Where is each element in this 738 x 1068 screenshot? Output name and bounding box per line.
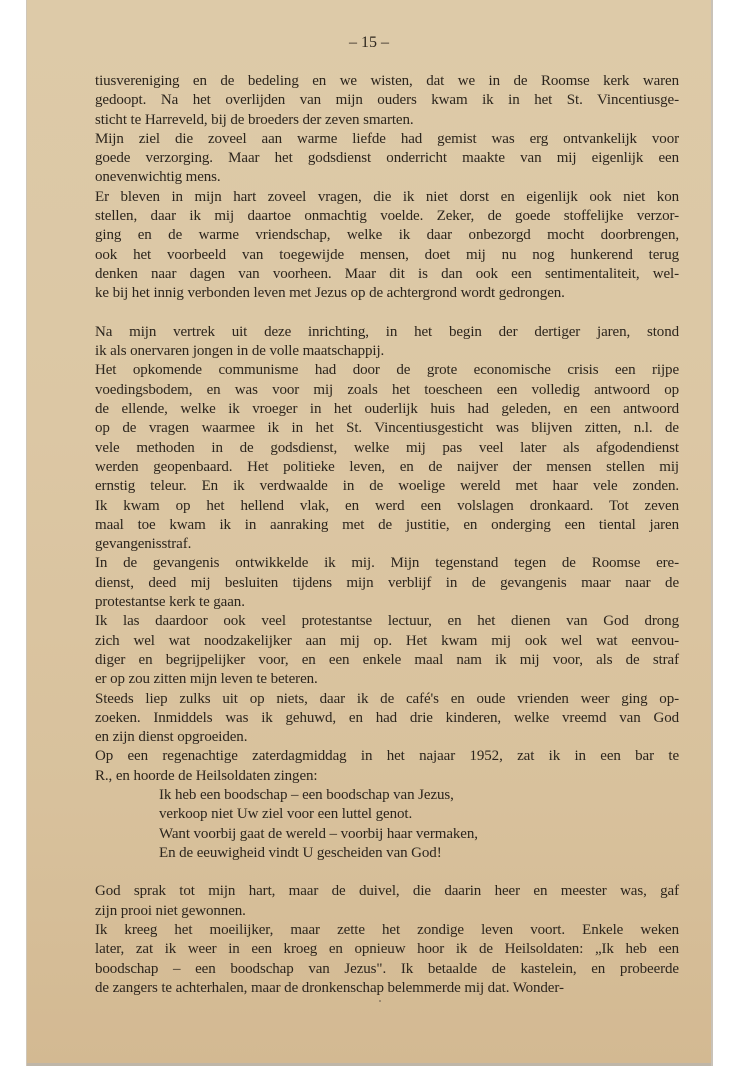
book-page: – 15 – tiusvereniging en de bedeling en … [26,0,713,1066]
paragraphs-before-verse: tiusvereniging en de bedeling en we wist… [95,72,679,786]
paragraph: Mijn ziel die zoveel aan warme liefde ha… [95,130,679,188]
text-line: voedingsbodem, en was voor mij zoals het… [95,381,679,400]
verse-line: Want voorbij gaat de wereld – voorbij ha… [95,825,679,844]
text-line: vele methoden in de godsdienst, welke mi… [95,439,679,458]
text-line: ik als onervaren jongen in de volle maat… [95,342,679,361]
text-line: Na mijn vertrek uit deze inrichting, in … [95,323,679,342]
text-line: ook het voorbeeld van toegewijde mensen,… [95,246,679,265]
paper-speck [379,1000,381,1002]
paragraph: Steeds liep zulks uit op niets, daar ik … [95,690,679,748]
text-line: God sprak tot mijn hart, maar de duivel,… [95,882,679,901]
text-line: In de gevangenis ontwikkelde ik mij. Mij… [95,554,679,573]
text-line: de zangers te achterhalen, maar de dronk… [95,979,679,998]
verse-line: verkoop niet Uw ziel voor een luttel gen… [95,805,679,824]
text-line: zoeken. Inmiddels was ik gehuwd, en had … [95,709,679,728]
text-line: op de vragen waarmee ik in het St. Vince… [95,419,679,438]
text-line: gevangenisstraf. [95,535,679,554]
paragraph: In de gevangenis ontwikkelde ik mij. Mij… [95,554,679,612]
text-line: en zijn dienst opgroeiden. [95,728,679,747]
text-line: diger en begrijpelijker voor, en een enk… [95,651,679,670]
paragraph: Het opkomende communisme had door de gro… [95,361,679,554]
text-line: denken naar dagen van voorheen. Maar dit… [95,265,679,284]
paragraph-gap [95,304,679,323]
text-line: goede verzorging. Maar het godsdienst on… [95,149,679,168]
text-line: boodschap – een boodschap van Jezus". Ik… [95,960,679,979]
text-line: gedoopt. Na het overlijden van mijn oude… [95,91,679,110]
text-line: de ellende, welke ik vroeger in het oude… [95,400,679,419]
paragraph: Er bleven in mijn hart zoveel vragen, di… [95,188,679,304]
paragraph: God sprak tot mijn hart, maar de duivel,… [95,882,679,921]
text-line: ernstig teleur. En ik verdwaalde in de w… [95,477,679,496]
stanza-gap [95,863,679,882]
text-line: ging en de warme vriendschap, welke ik d… [95,226,679,245]
page-number: – 15 – [27,34,711,52]
text-line: protestantse kerk te gaan. [95,593,679,612]
paragraph: Na mijn vertrek uit deze inrichting, in … [95,323,679,362]
text-line: onevenwichtig mens. [95,168,679,187]
text-line: sticht te Harreveld, bij de broeders der… [95,111,679,130]
text-line: er op zou zitten mijn leven te beteren. [95,670,679,689]
paragraph: Ik las daardoor ook veel protestantse le… [95,612,679,689]
text-line: later, zat ik weer in een kroeg en opnie… [95,940,679,959]
text-line: tiusvereniging en de bedeling en we wist… [95,72,679,91]
paragraph: Ik kreeg het moeilijker, maar zette het … [95,921,679,998]
text-line: maal toe kwam ik in aanraking met de jus… [95,516,679,535]
text-line: Er bleven in mijn hart zoveel vragen, di… [95,188,679,207]
paragraph: tiusvereniging en de bedeling en we wist… [95,72,679,130]
hymn-verse: Ik heb een boodschap – een boodschap van… [95,786,679,863]
text-line: werden geopenbaard. Het politieke leven,… [95,458,679,477]
paragraphs-after-verse: God sprak tot mijn hart, maar de duivel,… [95,882,679,998]
paragraph: Op een regenachtige zaterdagmiddag in he… [95,747,679,786]
text-line: zijn prooi niet gewonnen. [95,902,679,921]
text-line: Mijn ziel die zoveel aan warme liefde ha… [95,130,679,149]
text-line: stellen, daar ik mij daartoe onmachtig v… [95,207,679,226]
text-line: Ik las daardoor ook veel protestantse le… [95,612,679,631]
text-line: zich wel wat noodzakelijker aan mij op. … [95,632,679,651]
verse-line: Ik heb een boodschap – een boodschap van… [95,786,679,805]
text-line: ke bij het innig verbonden leven met Jez… [95,284,679,303]
page-body: tiusvereniging en de bedeling en we wist… [95,72,679,998]
text-line: Ik kwam op het hellend vlak, en werd een… [95,497,679,516]
text-line: Op een regenachtige zaterdagmiddag in he… [95,747,679,766]
text-line: Ik kreeg het moeilijker, maar zette het … [95,921,679,940]
verse-line: En de eeuwigheid vindt U gescheiden van … [95,844,679,863]
text-line: dienst, deed mij besluiten tijdens mijn … [95,574,679,593]
text-line: R., en hoorde de Heilsoldaten zingen: [95,767,679,786]
text-line: Het opkomende communisme had door de gro… [95,361,679,380]
text-line: Steeds liep zulks uit op niets, daar ik … [95,690,679,709]
